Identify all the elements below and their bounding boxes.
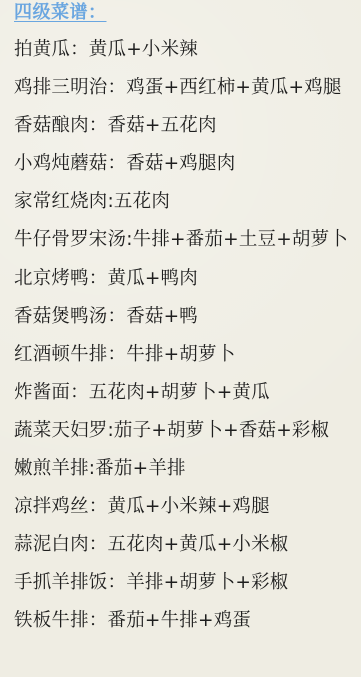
recipe-item: 香菇酿肉：香菇+五花肉 bbox=[14, 113, 348, 151]
recipe-item: 小鸡炖蘑菇：香菇+鸡腿肉 bbox=[14, 151, 348, 189]
recipe-item: 蒜泥白肉：五花肉+黄瓜+小米椒 bbox=[14, 532, 348, 570]
recipe-item: 嫩煎羊排:番茄+羊排 bbox=[14, 456, 348, 494]
recipe-item: 凉拌鸡丝：黄瓜+小米辣+鸡腿 bbox=[14, 494, 348, 532]
recipe-item: 手抓羊排饭：羊排+胡萝卜+彩椒 bbox=[14, 570, 348, 608]
recipe-list: 拍黄瓜：黄瓜+小米辣 鸡排三明治：鸡蛋+西红柿+黄瓜+鸡腿 香菇酿肉：香菇+五花… bbox=[14, 37, 348, 647]
recipe-item: 炸酱面：五花肉+胡萝卜+黄瓜 bbox=[14, 380, 348, 418]
recipe-item: 鸡排三明治：鸡蛋+西红柿+黄瓜+鸡腿 bbox=[14, 75, 348, 113]
recipe-item: 铁板牛排：番茄+牛排+鸡蛋 bbox=[14, 608, 348, 646]
recipe-item: 红酒顿牛排：牛排+胡萝卜 bbox=[14, 342, 348, 380]
recipe-item: 蔬菜天妇罗:茄子+胡萝卜+香菇+彩椒 bbox=[14, 418, 348, 456]
recipe-item: 家常红烧肉:五花肉 bbox=[14, 189, 348, 227]
recipe-item: 北京烤鸭：黄瓜+鸭肉 bbox=[14, 266, 348, 304]
recipe-item: 香菇煲鸭汤：香菇+鸭 bbox=[14, 304, 348, 342]
recipe-page: 四级菜谱： 拍黄瓜：黄瓜+小米辣 鸡排三明治：鸡蛋+西红柿+黄瓜+鸡腿 香菇酿肉… bbox=[0, 0, 361, 677]
recipe-item: 牛仔骨罗宋汤:牛排+番茄+土豆+胡萝卜 bbox=[14, 227, 348, 265]
recipe-item: 拍黄瓜：黄瓜+小米辣 bbox=[14, 37, 348, 75]
section-title: 四级菜谱： bbox=[14, 1, 107, 25]
